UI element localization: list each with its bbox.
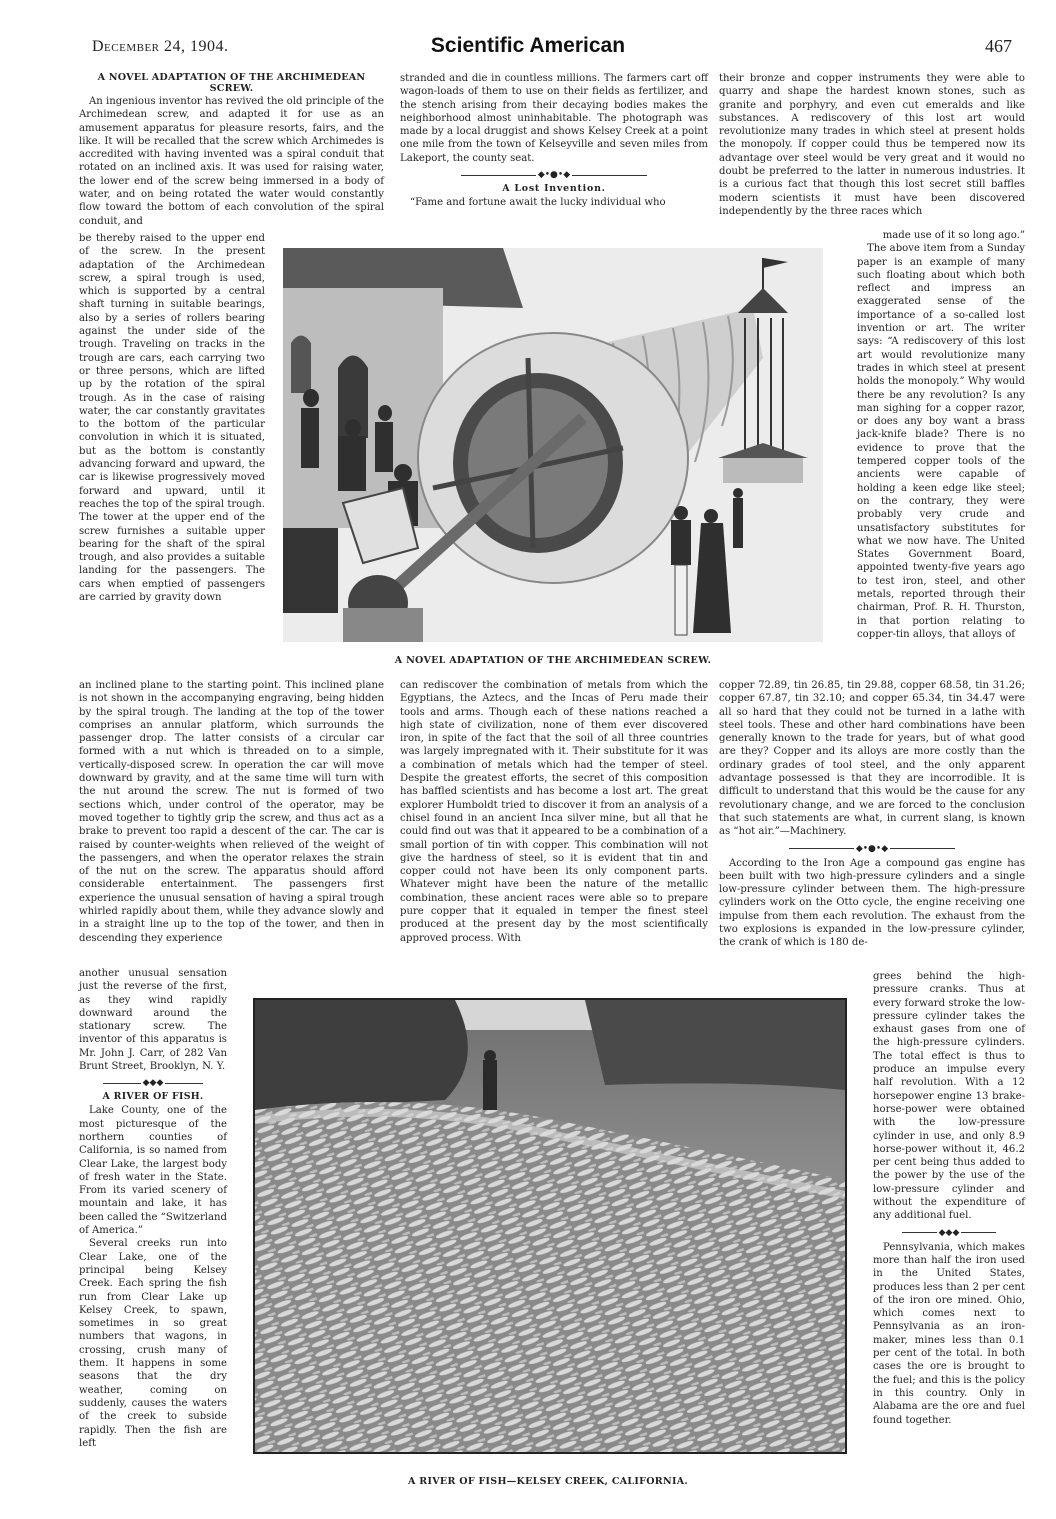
river-of-fish-photograph bbox=[253, 998, 847, 1454]
lost-invention-alloys-paragraph: copper 72.89, tin 26.85, tin 29.88, copp… bbox=[719, 679, 1025, 839]
archimedean-paragraph-1: An ingenious inventor has revived the ol… bbox=[79, 95, 384, 228]
gas-engine-paragraph-continued: grees behind the high-pressure cranks. T… bbox=[873, 970, 1025, 1223]
engraving-illustration bbox=[283, 248, 823, 642]
divider-ornament-icon: ◆•●•◆ bbox=[536, 171, 572, 179]
right-column-continued: copper 72.89, tin 26.85, tin 29.88, copp… bbox=[719, 679, 1025, 950]
middle-column-continued: can rediscover the combination of metals… bbox=[400, 679, 708, 945]
lost-invention-commentary: The above item from a Sunday paper is an… bbox=[857, 242, 1025, 641]
divider-ornament-icon: ◆◆◆ bbox=[141, 1079, 166, 1087]
right-column-narrow-bottom: grees behind the high-pressure cranks. T… bbox=[873, 970, 1025, 1427]
archimedean-paragraph-end: another unusual sensation just the rever… bbox=[79, 967, 227, 1073]
right-column-narrow: made use of it so long ago.” The above i… bbox=[857, 229, 1025, 641]
section-divider: ◆◆◆ bbox=[873, 1229, 1025, 1237]
section-divider: ◆◆◆ bbox=[79, 1079, 227, 1087]
archimedean-figure-caption: A NOVEL ADAPTATION OF THE ARCHIMEDEAN SC… bbox=[380, 655, 726, 666]
divider-ornament-icon: ◆•●•◆ bbox=[854, 845, 890, 853]
river-paragraph-continued: stranded and die in countless millions. … bbox=[400, 72, 708, 165]
middle-column-top: stranded and die in countless millions. … bbox=[400, 72, 708, 209]
fish-figure-caption: A RIVER OF FISH—KELSEY CREEK, CALIFORNIA… bbox=[370, 1476, 726, 1487]
left-narrow-column: another unusual sensation just the rever… bbox=[79, 967, 227, 1450]
publication-title: Scientific American bbox=[0, 34, 1056, 58]
archimedean-heading: A NOVEL ADAPTATION OF THE ARCHIMEDEAN SC… bbox=[79, 72, 384, 94]
river-heading: A RIVER OF FISH. bbox=[79, 1091, 227, 1102]
river-paragraph-1: Lake County, one of the most picturesque… bbox=[79, 1104, 227, 1237]
archimedean-screw-engraving bbox=[283, 248, 823, 642]
river-paragraph-2: Several creeks run into Clear Lake, one … bbox=[79, 1237, 227, 1450]
section-divider: ◆•●•◆ bbox=[400, 171, 708, 179]
gas-engine-paragraph: According to the Iron Age a compound gas… bbox=[719, 857, 1025, 950]
lost-invention-heading: A Lost Invention. bbox=[400, 183, 708, 194]
page-number: 467 bbox=[985, 36, 1012, 57]
section-divider: ◆•●•◆ bbox=[719, 845, 1025, 853]
lost-invention-paragraph-mid: can rediscover the combination of metals… bbox=[400, 679, 708, 945]
fish-photo-illustration bbox=[255, 1000, 845, 1452]
archimedean-article-continued: an inclined plane to the starting point.… bbox=[79, 679, 384, 945]
archimedean-paragraph-wide: an inclined plane to the starting point.… bbox=[79, 679, 384, 945]
divider-ornament-icon: ◆◆◆ bbox=[937, 1229, 962, 1237]
archimedean-article-narrow: be thereby raised to the upper end of th… bbox=[79, 232, 265, 604]
lost-invention-paragraph-end: their bronze and copper instruments they… bbox=[719, 72, 1025, 218]
archimedean-article-intro: A NOVEL ADAPTATION OF THE ARCHIMEDEAN SC… bbox=[79, 72, 384, 228]
archimedean-paragraph-narrow: be thereby raised to the upper end of th… bbox=[79, 232, 265, 604]
pennsylvania-paragraph: Pennsylvania, which makes more than half… bbox=[873, 1241, 1025, 1427]
lost-invention-quote-tail: made use of it so long ago.” bbox=[857, 229, 1025, 242]
right-column-top: their bronze and copper instruments they… bbox=[719, 72, 1025, 218]
lost-invention-paragraph-start: “Fame and fortune await the lucky indivi… bbox=[400, 196, 708, 209]
